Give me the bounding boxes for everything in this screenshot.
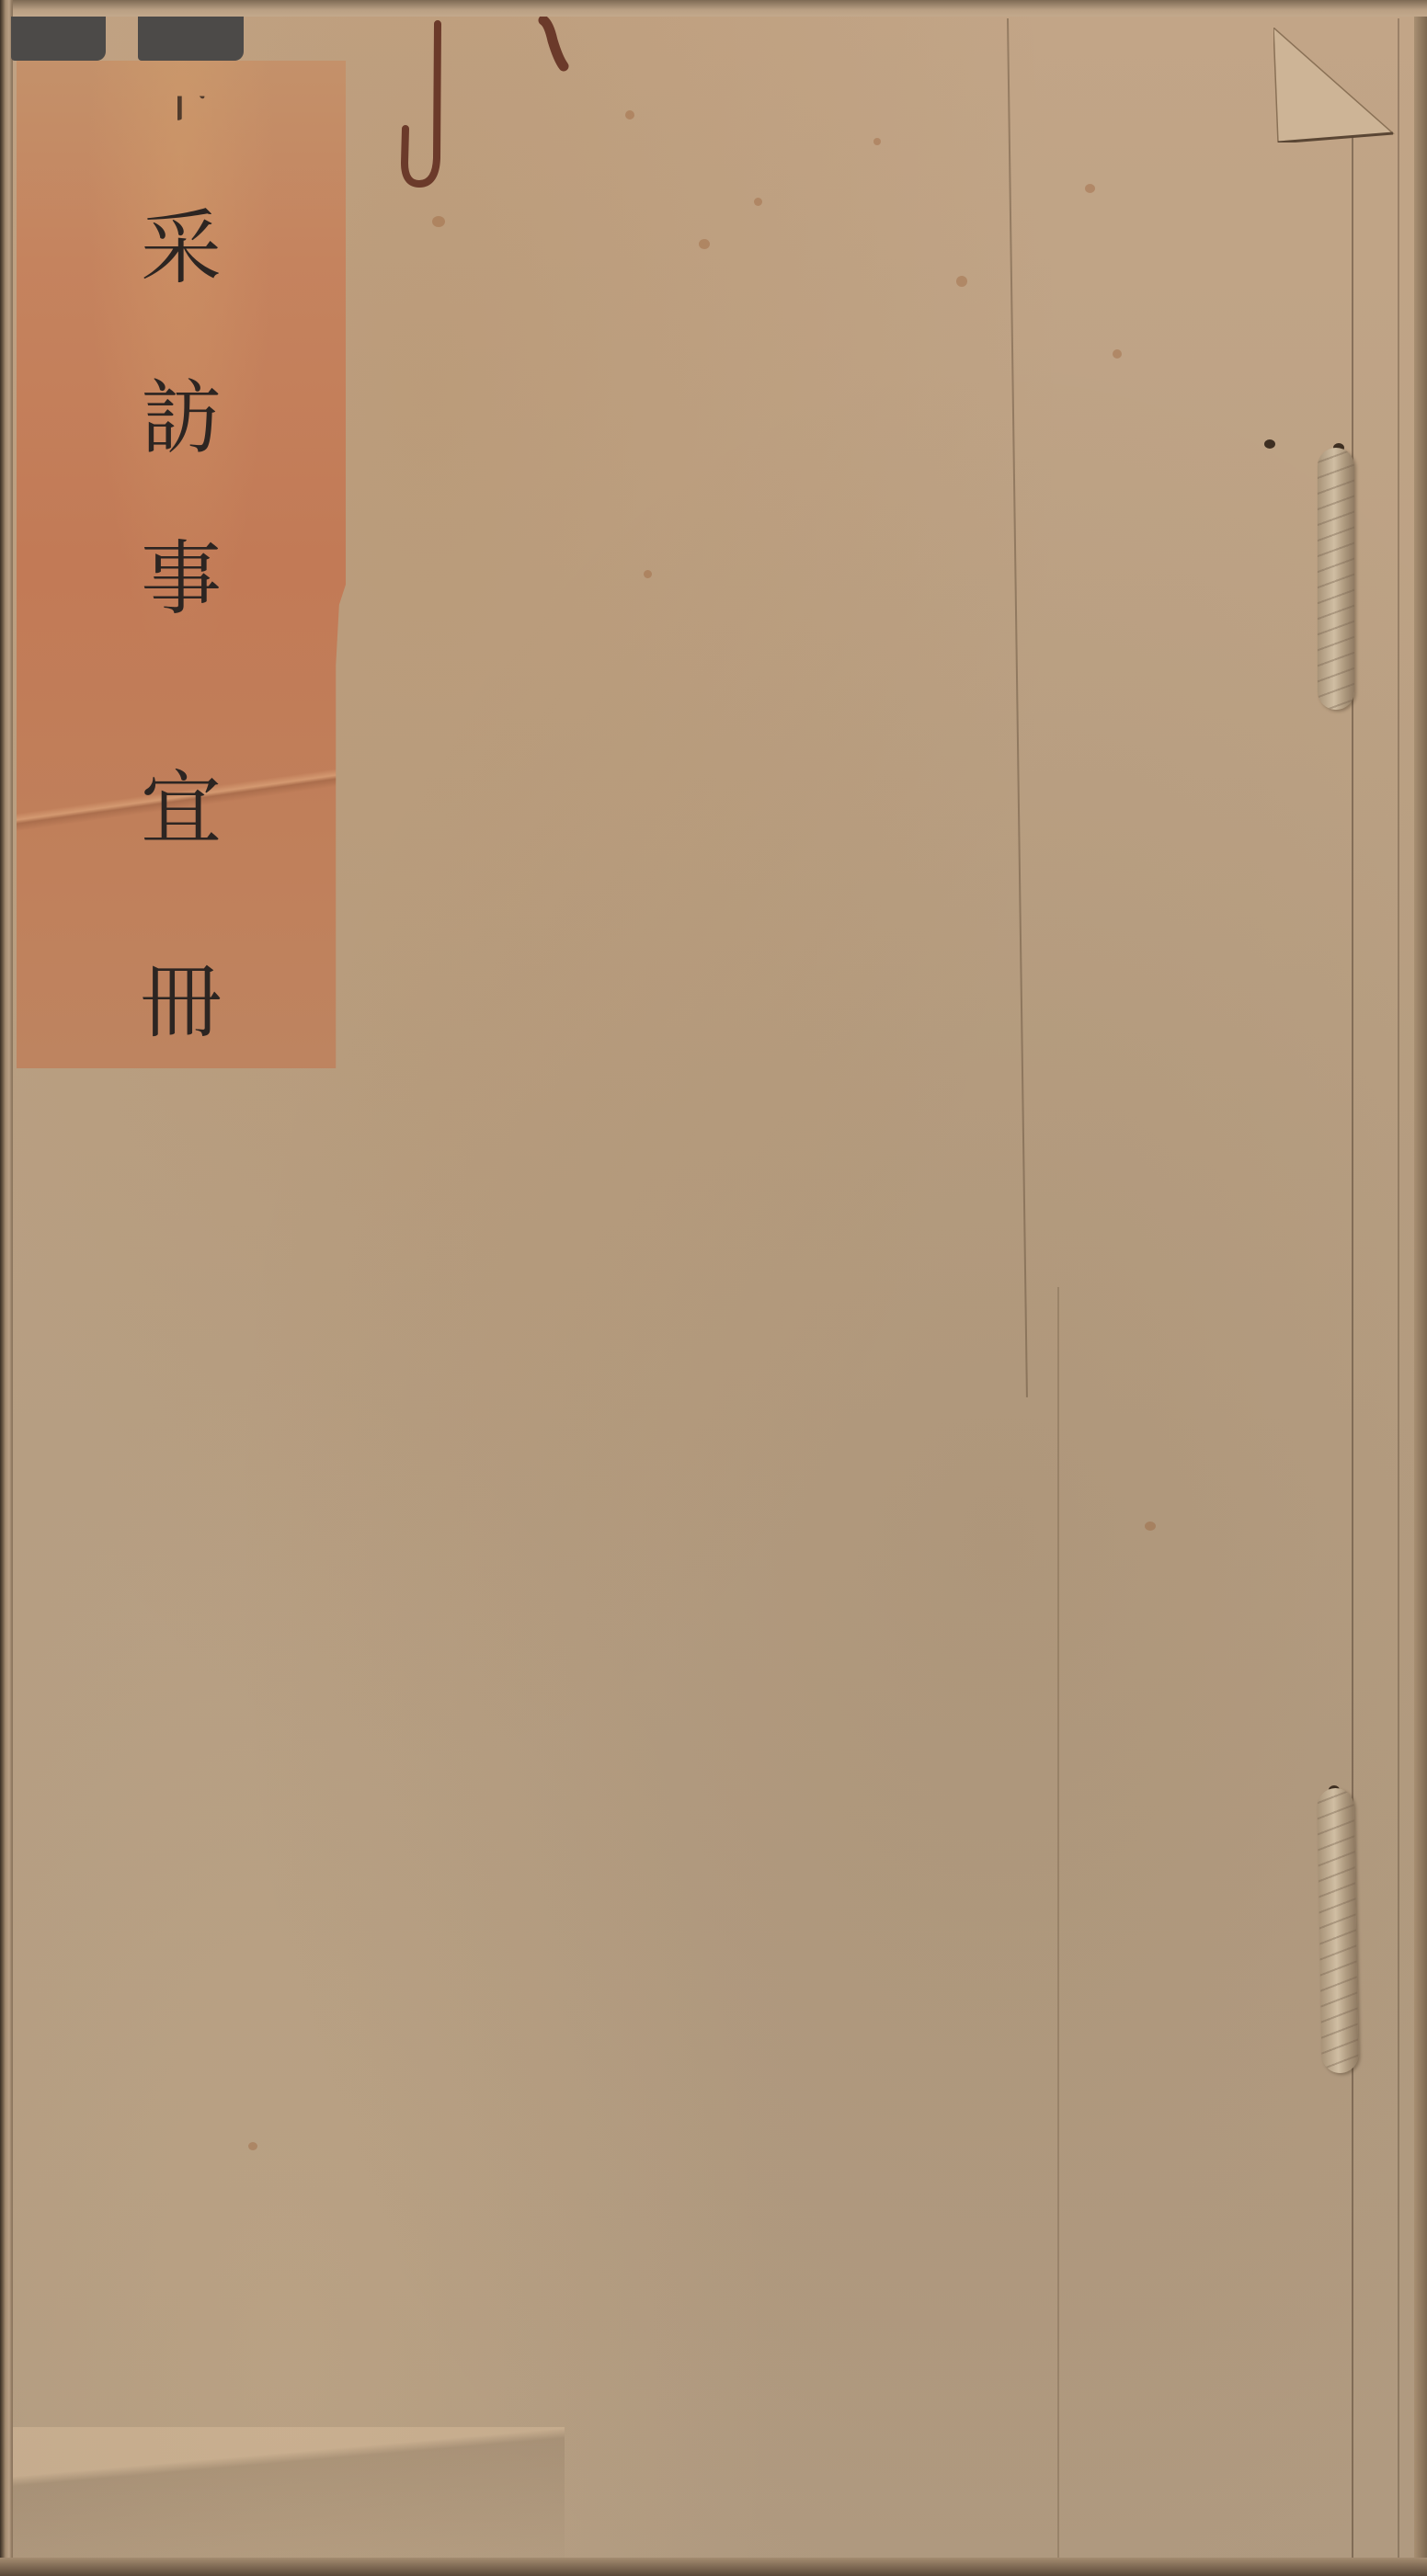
bottom-wear <box>13 2427 565 2576</box>
title-text: 下 采 訪 事 宜 冊 <box>17 61 346 1068</box>
folded-corner <box>1273 28 1398 142</box>
top-edge <box>13 0 1427 17</box>
binding-thread-upper <box>1318 448 1354 710</box>
foxing-spot <box>699 239 710 249</box>
foxing-spot <box>754 198 762 206</box>
bottom-edge <box>0 2558 1427 2576</box>
dark-tab-left <box>11 17 106 61</box>
binding-hole <box>1264 439 1275 449</box>
title-char: 冊 <box>17 962 346 1043</box>
title-char: 采 <box>17 208 346 289</box>
foxing-spot <box>956 276 967 287</box>
book-cover: 下 采 訪 事 宜 冊 <box>0 0 1427 2576</box>
foxing-spot <box>432 216 445 227</box>
foxing-spot <box>1145 1522 1156 1531</box>
title-char: 宜 <box>17 769 346 849</box>
vertical-crease <box>1007 18 1028 1397</box>
title-label: 下 采 訪 事 宜 冊 <box>17 61 346 1068</box>
left-spine-edge <box>0 0 13 2576</box>
foxing-spot <box>873 138 881 145</box>
title-char: 事 <box>17 539 346 620</box>
binding-thread-lower <box>1317 1788 1358 2074</box>
title-char-partial: 下 <box>17 61 346 125</box>
foxing-spot <box>644 570 652 578</box>
foxing-spot <box>1085 184 1095 193</box>
right-edge <box>1414 0 1427 2576</box>
dark-tab-right <box>138 17 244 61</box>
ink-hook-mark-icon <box>397 20 443 188</box>
foxing-spot <box>625 110 634 120</box>
foxing-spot <box>1113 349 1122 359</box>
title-char: 訪 <box>17 378 346 459</box>
vertical-crease <box>1057 1287 1059 2574</box>
foxing-spot <box>248 2142 257 2150</box>
ink-stroke-mark-icon <box>538 17 569 72</box>
vertical-crease <box>1398 18 1399 2574</box>
